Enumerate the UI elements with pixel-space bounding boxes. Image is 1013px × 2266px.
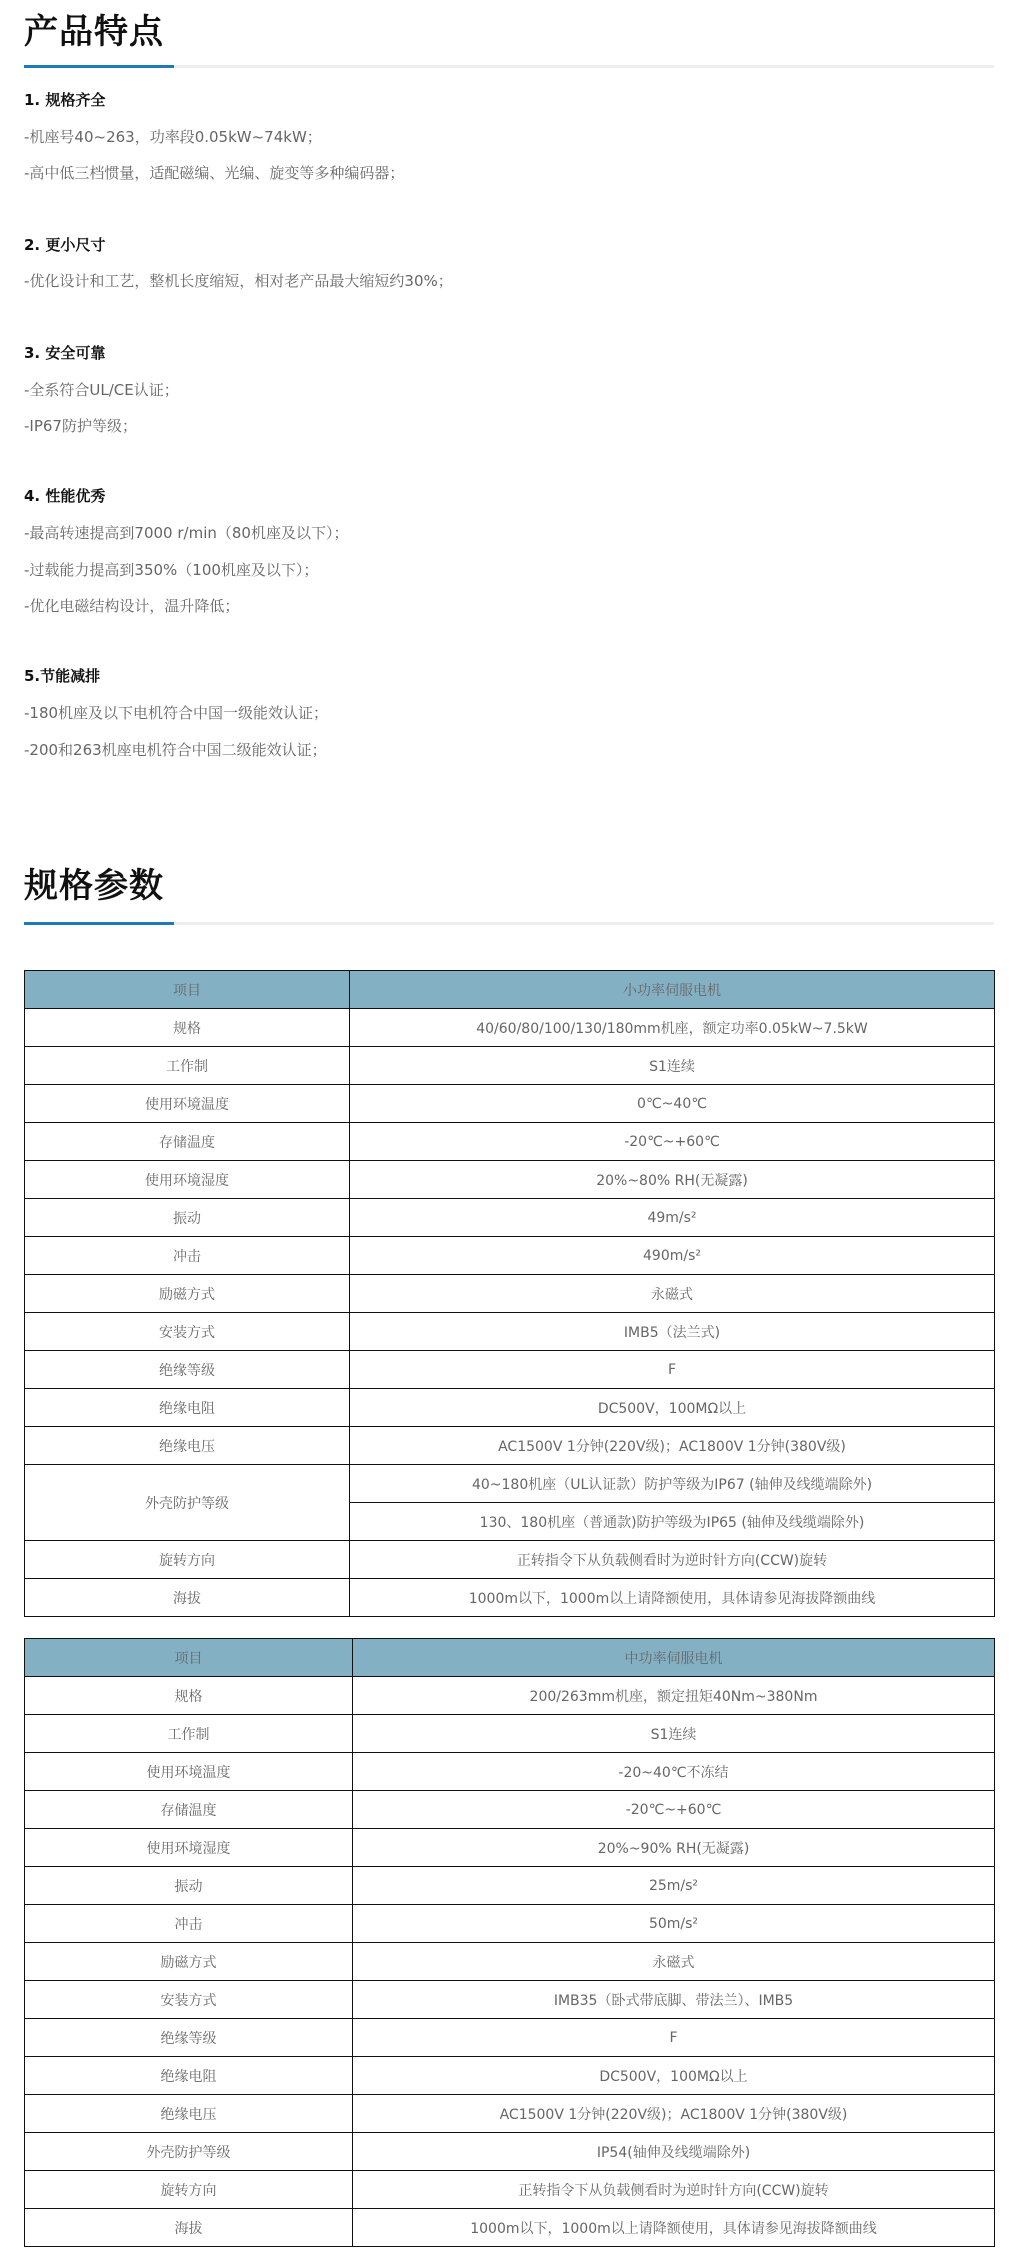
row-value: -20℃~+60℃ [350,1123,995,1161]
feature-line: -180机座及以下电机符合中国一级能效认证； [24,703,328,723]
row-value: F [350,1351,995,1389]
features-title-rule [24,65,994,68]
feature-line: -最高转速提高到7000 r/min（80机座及以下）； [24,523,348,543]
table-row: 绝缘电压AC1500V 1分钟(220V级)；AC1800V 1分钟(380V级… [25,1427,995,1465]
feature-line: -IP67防护等级； [24,416,137,436]
table-row: 安装方式IMB35（卧式带底脚、带法兰）、IMB5 [25,1981,995,2019]
table-row: 使用环境温度0℃~40℃ [25,1085,995,1123]
table-row: 绝缘等级F [25,1351,995,1389]
row-label: 振动 [25,1199,350,1237]
table-row: 励磁方式永磁式 [25,1943,995,1981]
feature-heading: 2. 更小尺寸 [24,235,105,255]
row-label: 振动 [25,1867,353,1905]
table-row: 振动49m/s² [25,1199,995,1237]
table-row: 外壳防护等级IP54(轴伸及线缆端除外) [25,2133,995,2171]
row-label: 工作制 [25,1715,353,1753]
table-row: 外壳防护等级40~180机座（UL认证款）防护等级为IP67 (轴伸及线缆端除外… [25,1465,995,1503]
row-value: IMB5（法兰式) [350,1313,995,1351]
row-value: -20~40℃不冻结 [353,1753,995,1791]
row-value: 正转指令下从负载侧看时为逆时针方向(CCW)旋转 [353,2171,995,2209]
table-row: 工作制S1连续 [25,1715,995,1753]
row-label: 旋转方向 [25,1541,350,1579]
row-label: 工作制 [25,1047,350,1085]
feature-line: -200和263机座电机符合中国二级能效认证； [24,740,327,760]
medium-power-spec-table: 项目 中功率伺服电机 规格200/263mm机座，额定扭矩40Nm~380Nm … [24,1638,995,2247]
row-label: 存储温度 [25,1791,353,1829]
row-value: 1000m以下，1000m以上请降额使用，具体请参见海拔降额曲线 [350,1579,995,1617]
table-row: 规格40/60/80/100/130/180mm机座，额定功率0.05kW~7.… [25,1009,995,1047]
row-label: 规格 [25,1677,353,1715]
row-label: 冲击 [25,1905,353,1943]
row-value: IMB35（卧式带底脚、带法兰）、IMB5 [353,1981,995,2019]
row-value: 49m/s² [350,1199,995,1237]
feature-heading: 1. 规格齐全 [24,90,105,110]
header-item: 项目 [25,1639,353,1677]
row-value: F [353,2019,995,2057]
feature-line: -高中低三档惯量，适配磁编、光编、旋变等多种编码器； [24,163,404,183]
table-row: 冲击490m/s² [25,1237,995,1275]
feature-line: -过载能力提高到350%（100机座及以下）； [24,560,318,580]
row-label: 海拔 [25,2209,353,2247]
table-row: 使用环境温度-20~40℃不冻结 [25,1753,995,1791]
row-label: 使用环境湿度 [25,1829,353,1867]
table-row: 使用环境湿度20%~90% RH(无凝露) [25,1829,995,1867]
table-row: 励磁方式永磁式 [25,1275,995,1313]
table-row: 旋转方向正转指令下从负载侧看时为逆时针方向(CCW)旋转 [25,2171,995,2209]
row-label: 外壳防护等级 [25,2133,353,2171]
row-value: DC500V，100MΩ以上 [350,1389,995,1427]
row-label: 绝缘电阻 [25,1389,350,1427]
row-label: 励磁方式 [25,1943,353,1981]
title-accent-bar [24,922,174,925]
table-row: 冲击50m/s² [25,1905,995,1943]
table-row: 存储温度-20℃~+60℃ [25,1123,995,1161]
row-label: 冲击 [25,1237,350,1275]
table-row: 旋转方向正转指令下从负载侧看时为逆时针方向(CCW)旋转 [25,1541,995,1579]
row-label: 存储温度 [25,1123,350,1161]
feature-line: -优化设计和工艺，整机长度缩短，相对老产品最大缩短约30%； [24,271,453,291]
row-label: 安装方式 [25,1313,350,1351]
table-row: 规格200/263mm机座，额定扭矩40Nm~380Nm [25,1677,995,1715]
table-row: 绝缘电阻DC500V，100MΩ以上 [25,1389,995,1427]
row-value: 200/263mm机座，额定扭矩40Nm~380Nm [353,1677,995,1715]
feature-line: -机座号40~263，功率段0.05kW~74kW； [24,127,322,147]
row-label: 使用环境温度 [25,1085,350,1123]
table-row: 振动25m/s² [25,1867,995,1905]
row-label: 绝缘电压 [25,1427,350,1465]
table-header-row: 项目 中功率伺服电机 [25,1639,995,1677]
row-value: 130、180机座（普通款)防护等级为IP65 (轴伸及线缆端除外) [350,1503,995,1541]
row-value: S1连续 [350,1047,995,1085]
features-title: 产品特点 [24,12,164,52]
specs-title-rule [24,922,994,925]
table-row: 存储温度-20℃~+60℃ [25,1791,995,1829]
row-label: 励磁方式 [25,1275,350,1313]
row-value: 0℃~40℃ [350,1085,995,1123]
table-row: 绝缘电压AC1500V 1分钟(220V级)；AC1800V 1分钟(380V级… [25,2095,995,2133]
row-value: DC500V，100MΩ以上 [353,2057,995,2095]
header-product: 中功率伺服电机 [353,1639,995,1677]
title-accent-bar [24,65,174,68]
table-row: 使用环境湿度20%~80% RH(无凝露) [25,1161,995,1199]
row-label: 外壳防护等级 [25,1465,350,1541]
row-value: AC1500V 1分钟(220V级)；AC1800V 1分钟(380V级) [350,1427,995,1465]
feature-heading: 4. 性能优秀 [24,486,105,506]
row-label: 海拔 [25,1579,350,1617]
small-power-spec-table: 项目 小功率伺服电机 规格40/60/80/100/130/180mm机座，额定… [24,970,995,1617]
row-value: 永磁式 [353,1943,995,1981]
row-value: S1连续 [353,1715,995,1753]
row-value: 20%~90% RH(无凝露) [353,1829,995,1867]
row-value: 40~180机座（UL认证款）防护等级为IP67 (轴伸及线缆端除外) [350,1465,995,1503]
row-value: 永磁式 [350,1275,995,1313]
row-label: 绝缘等级 [25,2019,353,2057]
row-value: 40/60/80/100/130/180mm机座，额定功率0.05kW~7.5k… [350,1009,995,1047]
row-value: IP54(轴伸及线缆端除外) [353,2133,995,2171]
table-row: 绝缘电阻DC500V，100MΩ以上 [25,2057,995,2095]
row-value: 50m/s² [353,1905,995,1943]
row-label: 使用环境湿度 [25,1161,350,1199]
row-value: -20℃~+60℃ [353,1791,995,1829]
row-value: 正转指令下从负载侧看时为逆时针方向(CCW)旋转 [350,1541,995,1579]
feature-line: -全系符合UL/CE认证； [24,380,179,400]
table-row: 海拔1000m以下，1000m以上请降额使用，具体请参见海拔降额曲线 [25,2209,995,2247]
table-row: 安装方式IMB5（法兰式) [25,1313,995,1351]
row-value: AC1500V 1分钟(220V级)；AC1800V 1分钟(380V级) [353,2095,995,2133]
table-row: 海拔1000m以下，1000m以上请降额使用，具体请参见海拔降额曲线 [25,1579,995,1617]
row-value: 25m/s² [353,1867,995,1905]
row-value: 20%~80% RH(无凝露) [350,1161,995,1199]
row-value: 490m/s² [350,1237,995,1275]
feature-line: -优化电磁结构设计，温升降低； [24,596,239,616]
table-row: 工作制S1连续 [25,1047,995,1085]
feature-heading: 3. 安全可靠 [24,343,105,363]
row-label: 旋转方向 [25,2171,353,2209]
feature-heading: 5.节能减排 [24,666,100,686]
table-row: 绝缘等级F [25,2019,995,2057]
row-label: 规格 [25,1009,350,1047]
header-item: 项目 [25,971,350,1009]
specs-title: 规格参数 [24,866,164,906]
header-product: 小功率伺服电机 [350,971,995,1009]
row-label: 绝缘等级 [25,1351,350,1389]
row-value: 1000m以下，1000m以上请降额使用，具体请参见海拔降额曲线 [353,2209,995,2247]
table-header-row: 项目 小功率伺服电机 [25,971,995,1009]
row-label: 绝缘电阻 [25,2057,353,2095]
row-label: 安装方式 [25,1981,353,2019]
row-label: 使用环境温度 [25,1753,353,1791]
row-label: 绝缘电压 [25,2095,353,2133]
